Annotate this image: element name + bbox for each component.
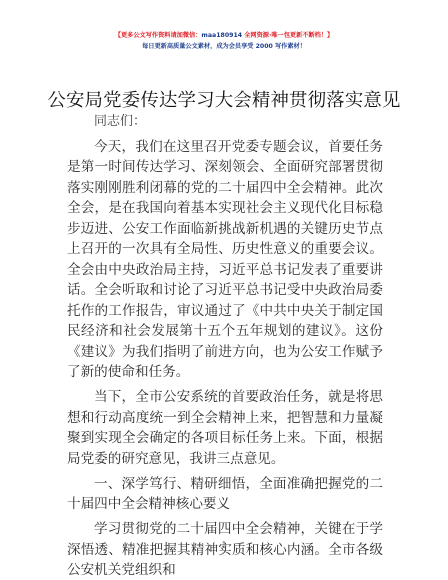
watermark-banner-line-1: 【更多公文写作资料请加微信：maa180914 全网资源·唯一包更新不断档！】 — [0, 30, 448, 39]
document-title: 公安局党委传达学习大会精神贯彻落实意见 — [0, 86, 448, 112]
banner-text-left: 【更多公文写作资料请加微信： — [115, 32, 202, 39]
banner-text-right: 全网资源·唯一包更新不断档！】 — [242, 32, 333, 39]
section-heading-1: 一、深学笃行、精研细悟，全面准确把握党的二十届四中全会精神核心要义 — [67, 474, 383, 515]
paragraph-opening: 今天，我们在这里召开党委专题会议，首要任务是第一时间传达学习、深刻领会、全面研究… — [67, 137, 383, 383]
watermark-banner-line-2: 每日更新高质量公文素材，成为会员享受 2000 写作素材！ — [0, 41, 448, 50]
banner-wechat-id: maa180914 — [201, 32, 242, 39]
paragraph-task: 当下，全市公安系统的首要政治任务，就是将思想和行动高度统一到全会精神上来，把智慧… — [67, 387, 383, 469]
salutation: 同志们： — [94, 112, 383, 133]
page-number: 1 — [0, 541, 448, 551]
document-body: 同志们： 今天，我们在这里召开党委专题会议，首要任务是第一时间传达学习、深刻领会… — [67, 112, 383, 580]
